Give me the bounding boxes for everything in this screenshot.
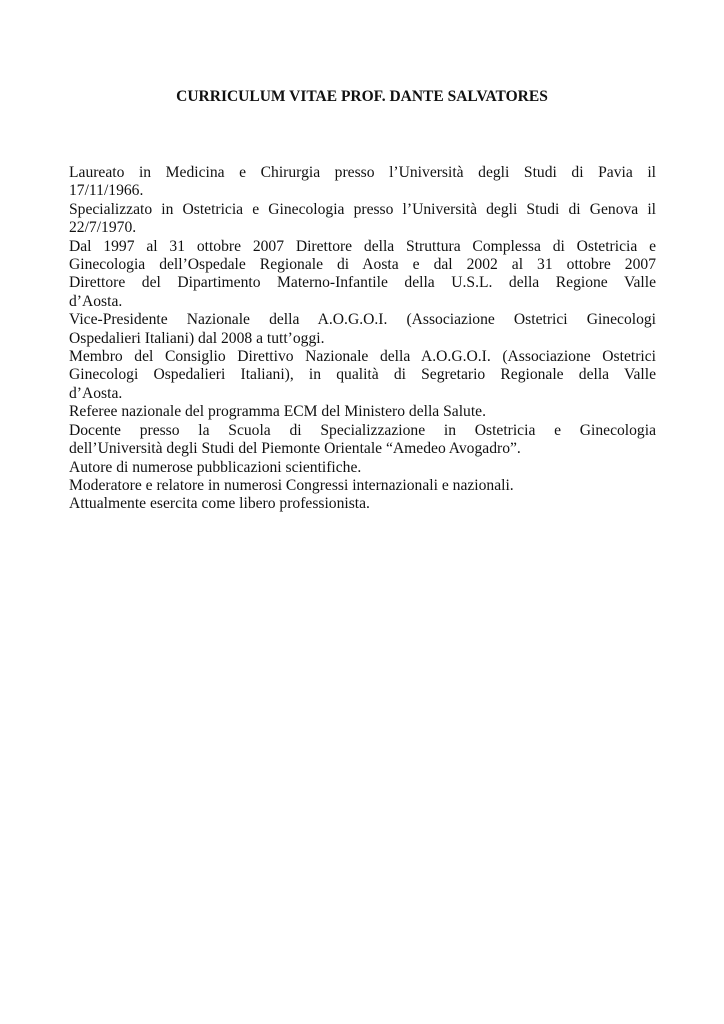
text-line: Docente presso la Scuola di Specializzaz… xyxy=(69,422,656,440)
document-title: CURRICULUM VITAE PROF. DANTE SALVATORES xyxy=(0,88,724,106)
paragraph-vice-president: Vice-Presidente Nazionale della A.O.G.O.… xyxy=(69,311,656,348)
text-line: Specializzato in Ostetricia e Ginecologi… xyxy=(69,201,656,219)
text-line: Ospedalieri Italiani) dal 2008 a tutt’og… xyxy=(69,330,656,348)
text-line: d’Aosta. xyxy=(69,385,656,403)
paragraph-director: Dal 1997 al 31 ottobre 2007 Direttore de… xyxy=(69,238,656,312)
paragraph-council-member: Membro del Consiglio Direttivo Nazionale… xyxy=(69,348,656,403)
text-line: dell’Università degli Studi del Piemonte… xyxy=(69,440,656,458)
paragraph-publications: Autore di numerose pubblicazioni scienti… xyxy=(69,459,656,477)
text-line: d’Aosta. xyxy=(69,293,656,311)
paragraph-lecturer: Docente presso la Scuola di Specializzaz… xyxy=(69,422,656,459)
text-line: Moderatore e relatore in numerosi Congre… xyxy=(69,477,656,495)
paragraph-specialization: Specializzato in Ostetricia e Ginecologi… xyxy=(69,201,656,238)
text-line: Vice-Presidente Nazionale della A.O.G.O.… xyxy=(69,311,656,329)
paragraph-degree: Laureato in Medicina e Chirurgia presso … xyxy=(69,164,656,201)
text-line: Referee nazionale del programma ECM del … xyxy=(69,403,656,421)
text-line: 22/7/1970. xyxy=(69,219,656,237)
text-line: Laureato in Medicina e Chirurgia presso … xyxy=(69,164,656,182)
paragraph-congresses: Moderatore e relatore in numerosi Congre… xyxy=(69,477,656,495)
cv-body: Laureato in Medicina e Chirurgia presso … xyxy=(69,164,656,514)
text-line: Ginecologi Ospedalieri Italiani), in qua… xyxy=(69,366,656,384)
text-line: Attualmente esercita come libero profess… xyxy=(69,495,656,513)
paragraph-current-status: Attualmente esercita come libero profess… xyxy=(69,495,656,513)
text-line: Membro del Consiglio Direttivo Nazionale… xyxy=(69,348,656,366)
text-line: 17/11/1966. xyxy=(69,182,656,200)
text-line: Direttore del Dipartimento Materno-Infan… xyxy=(69,274,656,292)
text-line: Ginecologia dell’Ospedale Regionale di A… xyxy=(69,256,656,274)
paragraph-referee: Referee nazionale del programma ECM del … xyxy=(69,403,656,421)
text-line: Autore di numerose pubblicazioni scienti… xyxy=(69,459,656,477)
text-line: Dal 1997 al 31 ottobre 2007 Direttore de… xyxy=(69,238,656,256)
